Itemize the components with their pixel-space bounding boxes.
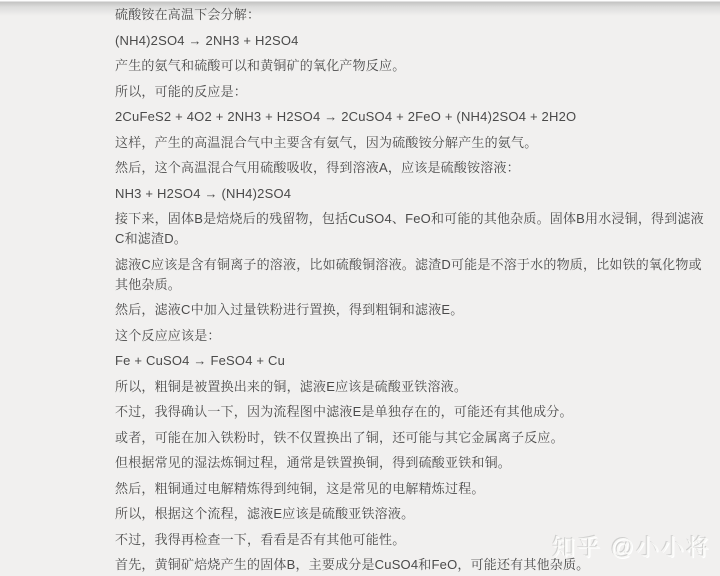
paragraph: 所以，根据这个流程，滤液E应该是硫酸亚铁溶液。 <box>115 504 707 524</box>
paragraph: 硫酸铵在高温下会分解： <box>115 5 707 25</box>
reasoning-text-column: 硫酸铵在高温下会分解：(NH4)2SO4 → 2NH3 + H2SO4产生的氨气… <box>115 5 707 576</box>
paragraph: 然后，滤液C中加入过量铁粉进行置换，得到粗铜和滤液E。 <box>115 300 707 320</box>
paragraph: NH3 + H2SO4 → (NH4)2SO4 <box>115 184 707 204</box>
paragraph: 不过，我得再检查一下，看看是否有其他可能性。 <box>115 530 707 550</box>
paragraph: 2CuFeS2 + 4O2 + 2NH3 + H2SO4 → 2CuSO4 + … <box>115 107 707 127</box>
paragraph: 所以，可能的反应是： <box>115 82 707 102</box>
paragraph: 或者，可能在加入铁粉时，铁不仅置换出了铜，还可能与其它金属离子反应。 <box>115 428 707 448</box>
paragraph: 滤液C应该是含有铜离子的溶液，比如硫酸铜溶液。滤渣D可能是不溶于水的物质，比如铁… <box>115 255 707 295</box>
paragraph: 所以，粗铜是被置换出来的铜，滤液E应该是硫酸亚铁溶液。 <box>115 377 707 397</box>
paragraph: (NH4)2SO4 → 2NH3 + H2SO4 <box>115 31 707 51</box>
paragraph: 但根据常见的湿法炼铜过程，通常是铁置换铜，得到硫酸亚铁和铜。 <box>115 453 707 473</box>
paragraph: 然后，这个高温混合气用硫酸吸收，得到溶液A，应该是硫酸铵溶液： <box>115 158 707 178</box>
screenshot-root: 硫酸铵在高温下会分解：(NH4)2SO4 → 2NH3 + H2SO4产生的氨气… <box>0 0 720 576</box>
paragraph: Fe + CuSO4 → FeSO4 + Cu <box>115 351 707 371</box>
paragraph: 这样，产生的高温混合气中主要含有氨气，因为硫酸铵分解产生的氨气。 <box>115 133 707 153</box>
paragraph: 然后，粗铜通过电解精炼得到纯铜，这是常见的电解精炼过程。 <box>115 479 707 499</box>
paragraph: 产生的氨气和硫酸可以和黄铜矿的氧化产物反应。 <box>115 56 707 76</box>
paragraph: 首先，黄铜矿焙烧产生的固体B，主要成分是CuSO4和FeO，可能还有其他杂质。 <box>115 555 707 575</box>
paragraph: 不过，我得确认一下，因为流程图中滤液E是单独存在的，可能还有其他成分。 <box>115 402 707 422</box>
paragraph: 接下来，固体B是焙烧后的残留物，包括CuSO4、FeO和可能的其他杂质。固体B用… <box>115 209 707 249</box>
paragraph: 这个反应应该是： <box>115 326 707 346</box>
